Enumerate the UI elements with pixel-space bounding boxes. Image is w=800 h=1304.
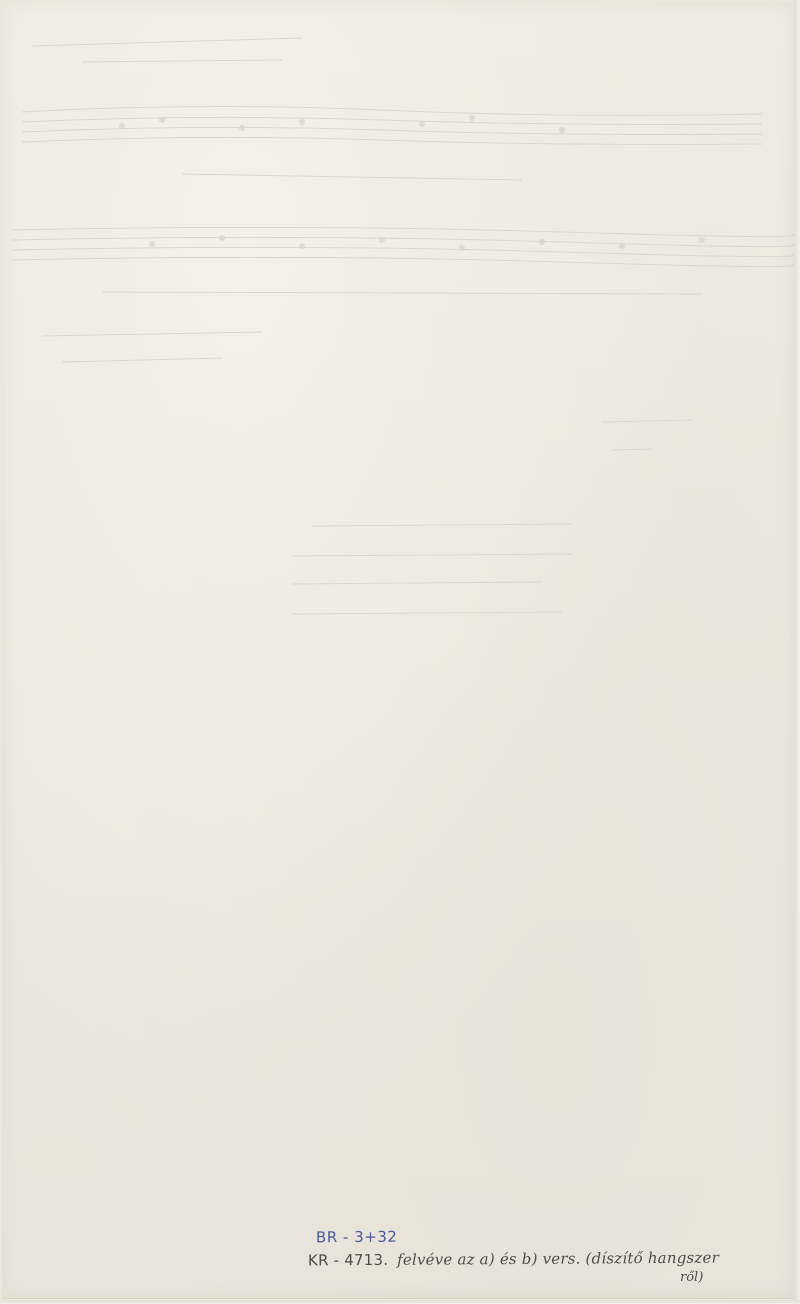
show-through-marks [2,2,800,702]
record-line: KR - 4713. felvéve az a) és b) vers. (dí… [308,1249,719,1270]
record-continuation: ről) [680,1270,703,1285]
paper-sheet [2,2,795,1299]
paper-edge-right [794,0,800,1304]
paper-edge-bottom [0,1300,800,1304]
call-number: BR - 3+32 [316,1228,398,1247]
record-prefix: KR - 4713. [308,1251,388,1270]
record-text: felvéve az a) és b) vers. (díszítő hangs… [397,1249,719,1269]
scanned-page: BR - 3+32 KR - 4713. felvéve az a) és b)… [0,0,800,1304]
